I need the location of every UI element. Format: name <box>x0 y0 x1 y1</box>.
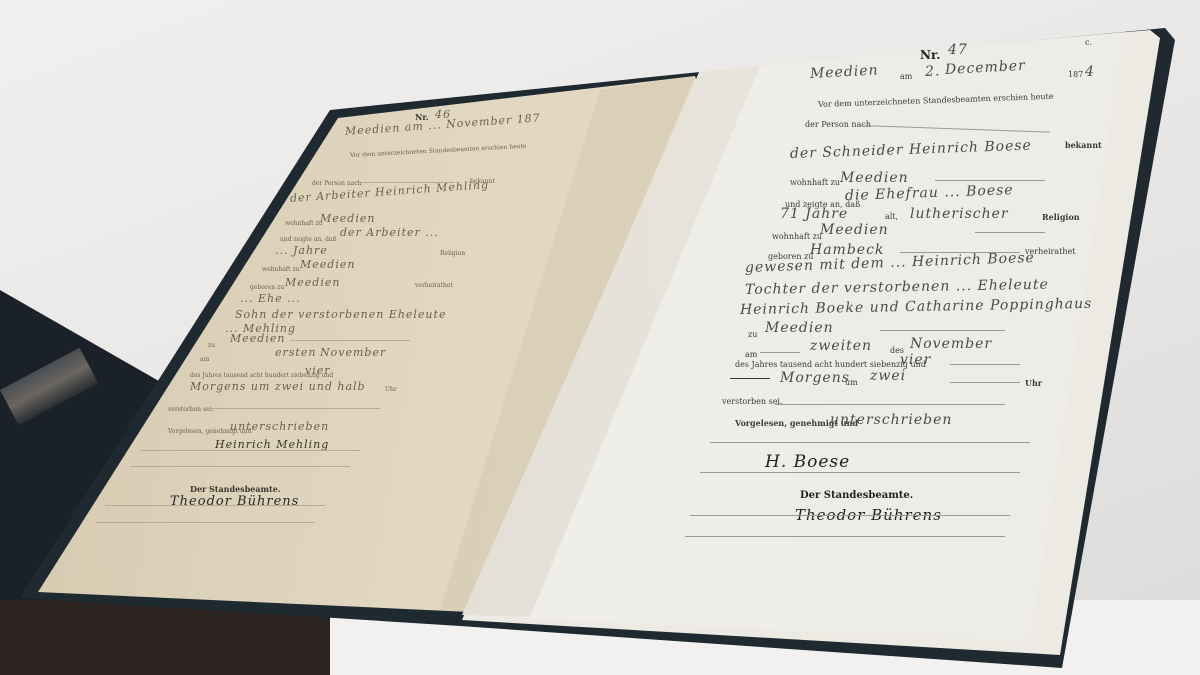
record-number: 47 <box>948 42 968 58</box>
left-marriage: ... Ehe ... <box>240 292 301 305</box>
death-place: Meedien <box>765 320 834 336</box>
left-label-religion: Religion <box>440 250 465 257</box>
left-residence: Meedien <box>320 212 375 225</box>
left-label-am: am <box>200 356 209 363</box>
day: 2. <box>925 63 941 80</box>
form-line <box>685 536 1005 537</box>
form-line <box>140 450 360 451</box>
record-number-label: Nr. <box>920 48 940 62</box>
left-official-title: Der Standesbeamte. <box>190 484 281 494</box>
left-label-wohnhaft-2: wohnhaft zu <box>262 266 299 273</box>
left-official-signature: Theodor Bührens <box>170 494 299 509</box>
form-line <box>935 180 1045 181</box>
left-birthplace: Meedien <box>285 276 340 289</box>
official-title: Der Standesbeamte. <box>800 490 913 501</box>
left-time: Morgens um zwei und halb <box>190 380 366 393</box>
left-death-year: vier <box>305 364 331 377</box>
label-verstorben: verstorben sei. <box>722 397 783 406</box>
religion: lutherischer <box>910 206 1009 222</box>
residence-2: Meedien <box>820 222 889 238</box>
left-residence-2: Meedien <box>300 258 355 271</box>
death-hour: zwei <box>870 368 906 384</box>
label-zu: zu <box>748 330 757 339</box>
form-line <box>950 382 1020 383</box>
death-day: zweiten <box>810 338 872 354</box>
left-label-uhr: Uhr <box>385 386 397 393</box>
left-death-place: Meedien <box>230 332 285 345</box>
form-line <box>775 404 1005 405</box>
left-label-wohnhaft: wohnhaft zu <box>285 220 322 227</box>
corner-mark: c. <box>1085 38 1092 47</box>
form-line <box>95 522 315 523</box>
form-line <box>950 364 1020 365</box>
time-of-day: Morgens <box>780 370 850 386</box>
form-line <box>730 378 770 379</box>
form-line <box>690 515 1010 516</box>
label-bekannt: bekannt <box>1065 140 1102 150</box>
left-deceased: der Arbeiter ... <box>340 226 439 239</box>
form-line <box>975 232 1045 233</box>
label-wohnhaft-2: wohnhaft zu <box>772 232 822 241</box>
form-line <box>205 408 380 409</box>
informant-signature: H. Boese <box>765 452 850 472</box>
form-line <box>130 466 350 467</box>
label-um: um <box>845 378 858 387</box>
year-prefix: 187 <box>1068 70 1083 79</box>
form-line <box>760 352 800 353</box>
death-year: vier <box>900 352 931 368</box>
left-age: ... Jahre <box>275 244 328 257</box>
left-label-zu: zu <box>208 342 215 349</box>
left-signed-text: unterschrieben <box>230 420 329 433</box>
label-wohnhaft: wohnhaft zu <box>790 178 840 187</box>
age: 71 Jahre <box>780 206 848 222</box>
form-line <box>880 330 1005 331</box>
year-suffix: 4 <box>1085 64 1095 80</box>
form-line <box>105 505 325 506</box>
left-death-day: ersten <box>275 346 316 359</box>
label-alt: alt, <box>885 212 898 221</box>
signed-text: unterschrieben <box>830 412 952 428</box>
residence: Meedien <box>840 170 909 186</box>
death-month: November <box>910 336 992 352</box>
left-parents: Sohn der verstorbenen Eheleute <box>235 308 446 321</box>
left-label-verheirathet: verheirathet <box>415 282 453 289</box>
form-line <box>290 340 410 341</box>
left-label-geboren: geboren zu <box>250 284 284 291</box>
form-line <box>700 472 1020 473</box>
label-religion: Religion <box>1042 212 1080 222</box>
form-line <box>710 442 1030 443</box>
left-label-zeigte: und zeigte an, daß <box>280 236 337 243</box>
am-label: am <box>900 72 912 81</box>
left-death-month: November <box>320 346 386 359</box>
label-am: am <box>745 350 757 359</box>
label-uhr: Uhr <box>1025 378 1042 388</box>
